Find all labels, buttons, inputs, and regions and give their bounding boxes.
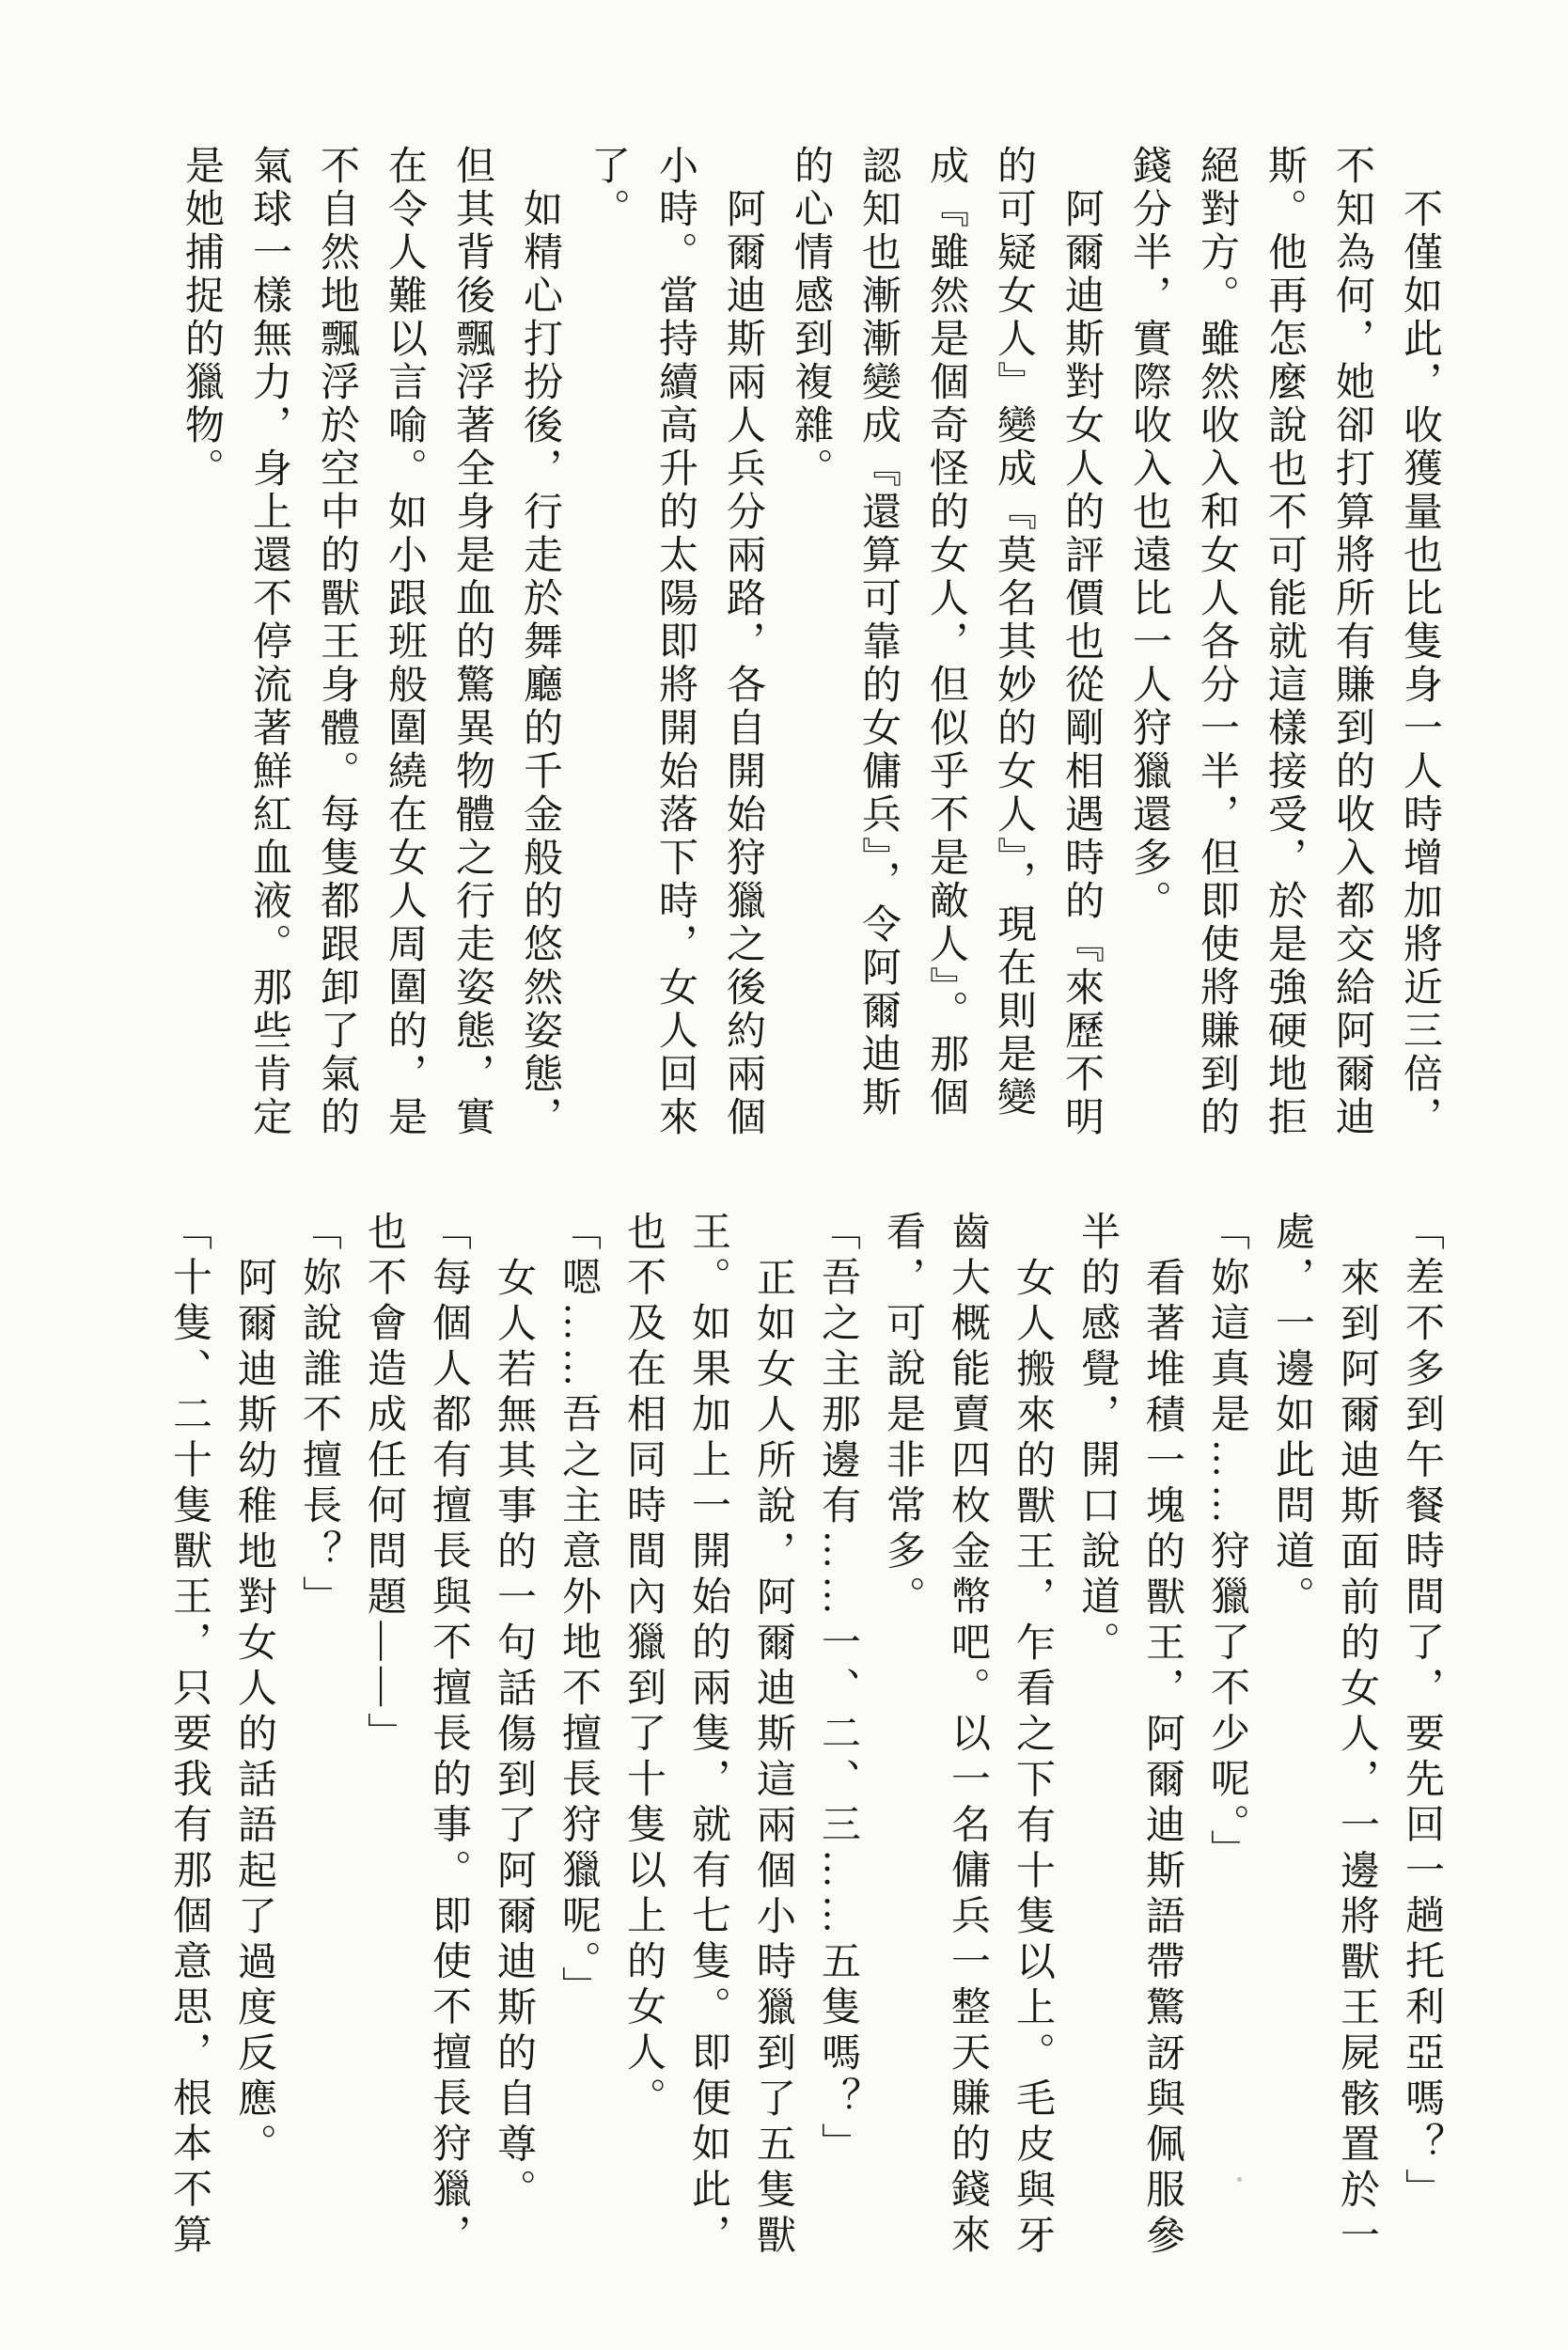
text-block-top: 不僅如此，收獲量也比隻身一人時增加將近三倍，不知為何，她卻打算將所有賺到的收入都… xyxy=(167,145,1453,1143)
scan-speck xyxy=(1237,2177,1242,2182)
book-page: 不僅如此，收獲量也比隻身一人時增加將近三倍，不知為何，她卻打算將所有賺到的收入都… xyxy=(0,0,1568,2350)
paragraph-narrative: 來到阿爾迪斯面前的女人，一邊將獸王屍骸置於一處，一邊如此問道。 xyxy=(1259,1211,1388,2265)
paragraph-narrative: 阿爾迪斯幼稚地對女人的話語起了過度反應。 xyxy=(221,1211,286,2265)
text-block-bottom: 「差不多到午餐時間了，要先回一趟托利亞嗎？」來到阿爾迪斯面前的女人，一邊將獸王屍… xyxy=(156,1211,1453,2265)
paragraph-narrative: 女人搬來的獸王，乍看之下有十隻以上。毛皮與牙齒大概能賣四枚金幣吧。以一名傭兵一整… xyxy=(870,1211,1064,2265)
paragraph-dialogue: 「每個人都有擅長與不擅長的事。即使不擅長狩獵，也不會造成任何問題——」 xyxy=(351,1211,480,2265)
paragraph-dialogue: 「妳這真是……狩獵了不少呢。」 xyxy=(1194,1211,1259,2265)
paragraph-dialogue: 「吾之主那邊有……一、二、三……五隻嗎？」 xyxy=(805,1211,870,2265)
paragraph-narrative: 看著堆積一塊的獸王，阿爾迪斯語帶驚訝與佩服參半的感覺，開口說道。 xyxy=(1064,1211,1194,2265)
paragraph-dialogue: 「十隻、二十隻獸王，只要我有那個意思，根本不算 xyxy=(156,1211,221,2265)
paragraph-narrative: 阿爾迪斯兩人兵分兩路，各自開始狩獵之後約兩個小時。當持續高升的太陽即將開始落下時… xyxy=(573,145,776,1143)
paragraph-dialogue: 「嗯……吾之主意外地不擅長狩獵呢。」 xyxy=(545,1211,610,2265)
paragraph-dialogue: 「妳說誰不擅長？」 xyxy=(286,1211,351,2265)
paragraph-narrative: 女人若無其事的一句話傷到了阿爾迪斯的自尊。 xyxy=(480,1211,545,2265)
paragraph-dialogue: 「差不多到午餐時間了，要先回一趟托利亞嗎？」 xyxy=(1388,1211,1453,2265)
paragraph-narrative: 如精心打扮後，行走於舞廳的千金般的悠然姿態，但其背後飄浮著全身是血的驚異物體之行… xyxy=(167,145,573,1143)
paragraph-narrative: 不僅如此，收獲量也比隻身一人時增加將近三倍，不知為何，她卻打算將所有賺到的收入都… xyxy=(1115,145,1453,1143)
paragraph-narrative: 阿爾迪斯對女人的評價也從剛相遇時的『來歷不明的可疑女人』變成『莫名其妙的女人』，… xyxy=(776,145,1115,1143)
paragraph-narrative: 正如女人所說，阿爾迪斯這兩個小時獵到了五隻獸王。如果加上一開始的兩隻，就有七隻。… xyxy=(610,1211,805,2265)
